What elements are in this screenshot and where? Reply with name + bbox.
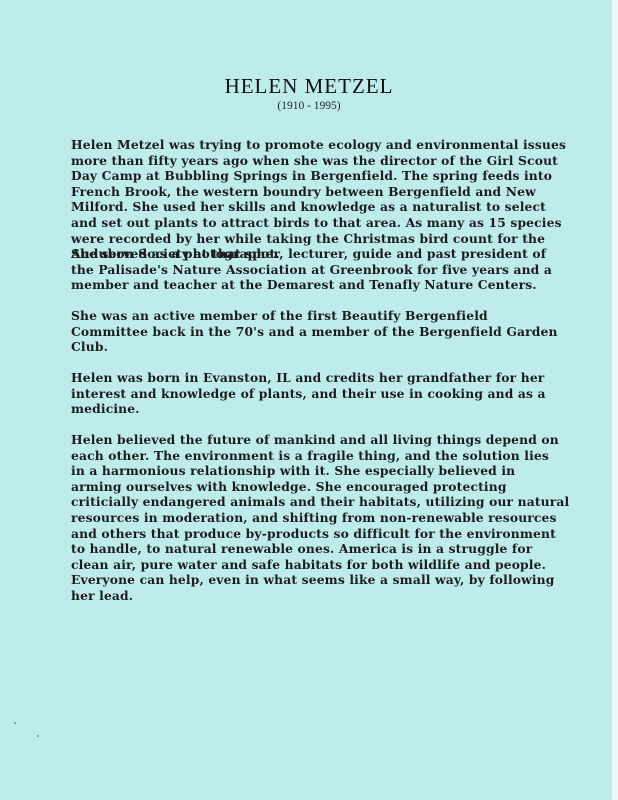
paragraph-beautify-committee: She was an active member of the first Be… — [71, 308, 571, 355]
paragraph-beliefs: Helen believed the future of mankind and… — [71, 432, 571, 604]
text-line: Everyone can help, even in what seems li… — [71, 572, 571, 588]
text-line: to handle, to natural renewable ones. Am… — [71, 541, 571, 557]
text-line: Club. — [71, 339, 571, 355]
text-line: She served as a photographer, lecturer, … — [71, 246, 571, 262]
text-line: Helen was born in Evanston, IL and credi… — [71, 370, 571, 386]
text-line: and set out plants to attract birds to t… — [71, 215, 571, 231]
paragraph-birthplace: Helen was born in Evanston, IL and credi… — [71, 370, 571, 417]
text-line: criticially endangered animals and their… — [71, 494, 571, 510]
text-line: Helen Metzel was trying to promote ecolo… — [71, 137, 571, 153]
text-line: and others that produce by-products so d… — [71, 526, 571, 542]
document-dates: (1910 - 1995) — [0, 100, 618, 112]
text-line: the Palisade's Nature Association at Gre… — [71, 262, 571, 278]
text-line: member and teacher at the Demarest and T… — [71, 277, 571, 293]
text-line: in a harmonious relationship with it. Sh… — [71, 463, 571, 479]
text-line: clean air, pure water and safe habitats … — [71, 557, 571, 573]
paper-speck — [14, 722, 16, 724]
text-line: more than fifty years ago when she was t… — [71, 153, 571, 169]
text-line: were recorded by her while taking the Ch… — [71, 231, 571, 247]
text-line: her lead. — [71, 588, 571, 604]
text-line: arming ourselves with knowledge. She enc… — [71, 479, 571, 495]
text-line: interest and knowledge of plants, and th… — [71, 386, 571, 402]
text-line: Day Camp at Bubbling Springs in Bergenfi… — [71, 168, 571, 184]
page-edge — [612, 0, 618, 800]
text-line: resources in moderation, and shifting fr… — [71, 510, 571, 526]
document-title: HELEN METZEL — [0, 74, 618, 99]
text-line: She was an active member of the first Be… — [71, 308, 571, 324]
paper-speck — [37, 735, 39, 737]
text-line: each other. The environment is a fragile… — [71, 448, 571, 464]
text-line: Milford. She used her skills and knowled… — [71, 199, 571, 215]
text-line: Helen believed the future of mankind and… — [71, 432, 571, 448]
paragraph-nature-association: She served as a photographer, lecturer, … — [71, 246, 571, 293]
text-line: medicine. — [71, 401, 571, 417]
text-line: French Brook, the western boundry betwee… — [71, 184, 571, 200]
text-line: Committee back in the 70's and a member … — [71, 324, 571, 340]
document-page: HELEN METZEL (1910 - 1995) Helen Metzel … — [0, 0, 612, 800]
paragraph-ecology-career: Helen Metzel was trying to promote ecolo… — [71, 137, 571, 262]
